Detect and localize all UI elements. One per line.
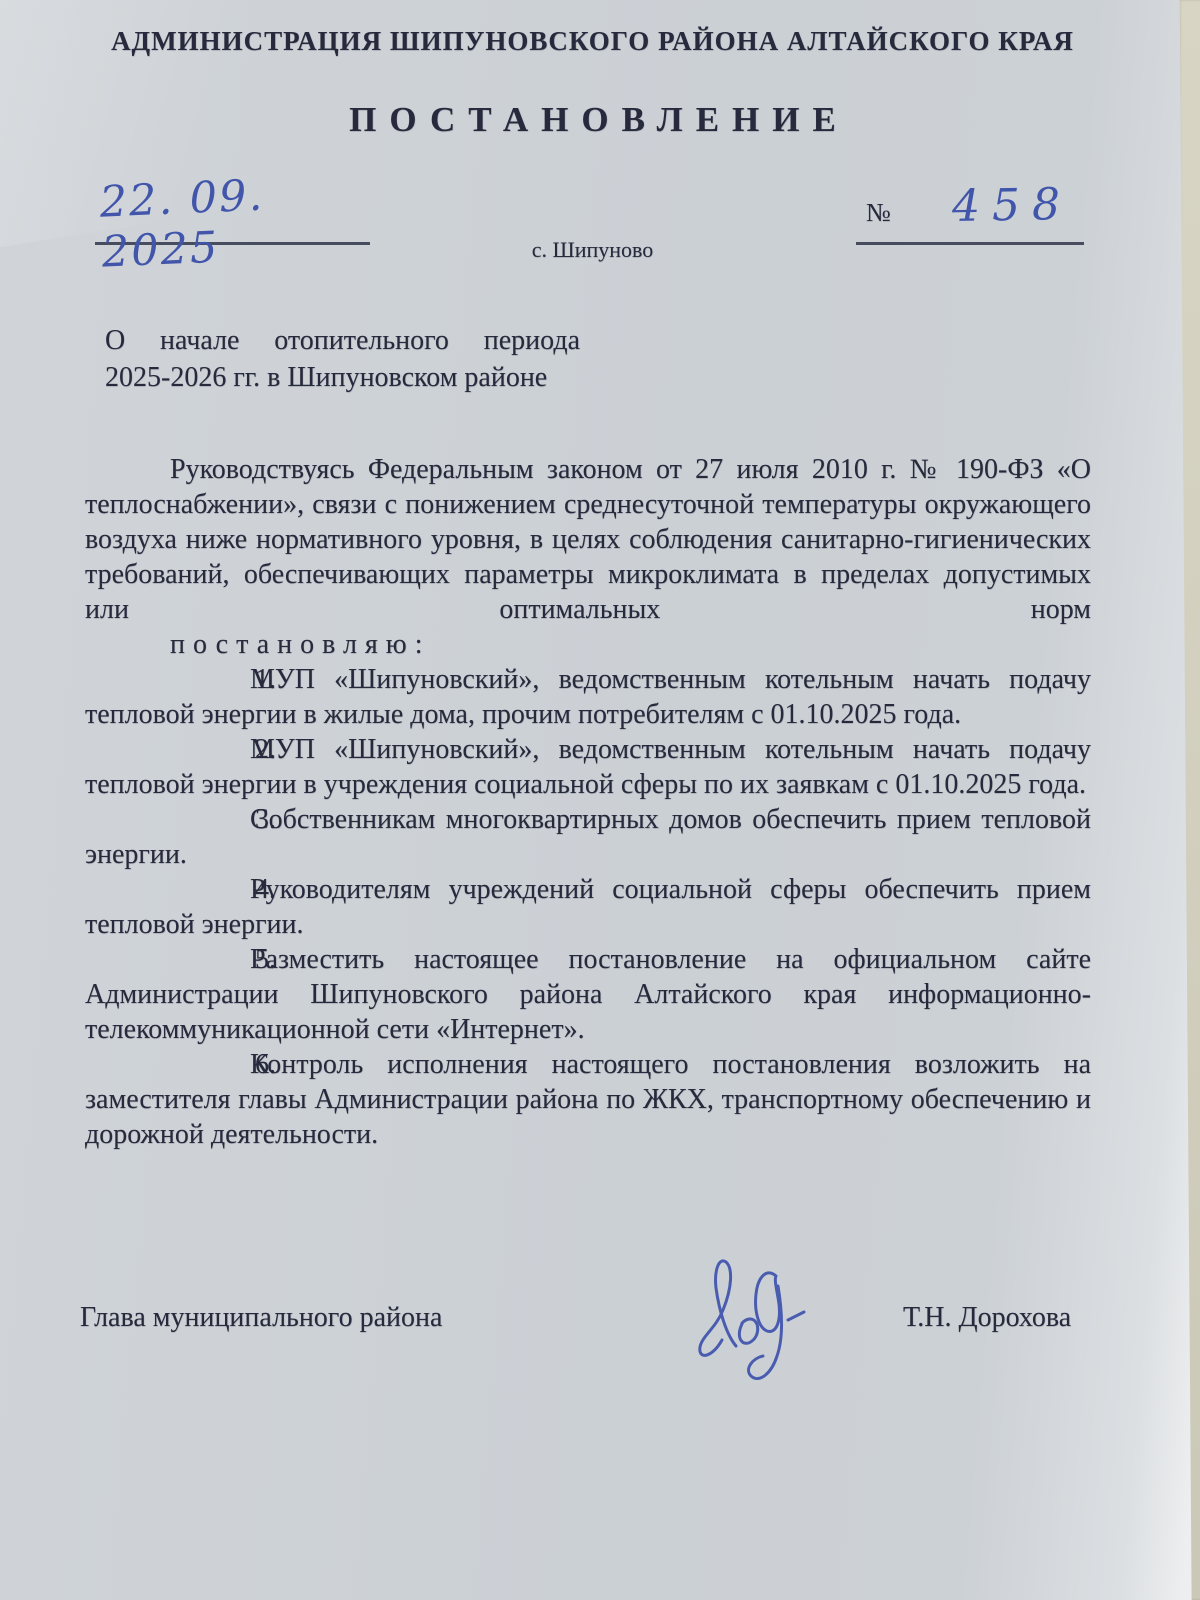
number-underline-rule xyxy=(856,242,1084,245)
item-number: 1. xyxy=(170,662,250,697)
scanned-document-page: АДМИНИСТРАЦИЯ ШИПУНОВСКОГО РАЙОНА АЛТАЙС… xyxy=(0,0,1200,1600)
number-sign: № xyxy=(866,198,891,228)
item-number: 2. xyxy=(170,732,250,767)
item-number: 5. xyxy=(170,942,250,977)
handwritten-document-number: 458 xyxy=(952,179,1073,232)
item-number: 6. xyxy=(170,1047,250,1082)
preamble-paragraph: Руководствуясь Федеральным законом от 27… xyxy=(85,452,1091,627)
resolve-word-text: постановляю: xyxy=(170,629,431,660)
subject-block: О начале отопительного периода 2025-2026… xyxy=(105,322,580,396)
ordered-item-5: 5.Разместить настоящее постановление на … xyxy=(85,942,1091,1047)
subject-line-2: 2025-2026 гг. в Шипуновском районе xyxy=(105,359,580,396)
signature-ink xyxy=(688,1248,810,1386)
ordered-item-2: 2.МУП «Шипуновский», ведомственным котел… xyxy=(85,732,1091,802)
document-type-title: ПОСТАНОВЛЕНИЕ xyxy=(0,100,1185,140)
item-number: 3. xyxy=(170,802,250,837)
date-underline-rule: 22. 09. 2025 xyxy=(95,178,370,245)
ordered-item-4: 4.Руководителям учреждений социальной сф… xyxy=(85,872,1091,942)
preamble-text: Руководствуясь Федеральным законом от 27… xyxy=(85,454,1091,625)
organization-name: АДМИНИСТРАЦИЯ ШИПУНОВСКОГО РАЙОНА АЛТАЙС… xyxy=(0,26,1185,57)
signer-position-title: Глава муниципального района xyxy=(80,1302,442,1334)
ordered-item-1: 1.МУП «Шипуновский», ведомственным котел… xyxy=(85,662,1091,732)
document-body: Руководствуясь Федеральным законом от 27… xyxy=(85,452,1091,1152)
signer-name: Т.Н. Дорохова xyxy=(903,1302,1071,1334)
item-number: 4. xyxy=(170,872,250,907)
resolve-word: постановляю: xyxy=(85,627,1091,662)
place-label: с. Шипуново xyxy=(0,237,1185,263)
ordered-item-6: 6.Контроль исполнения настоящего постано… xyxy=(85,1047,1091,1152)
subject-line-1: О начале отопительного периода xyxy=(105,322,580,359)
ordered-item-3: 3.Собственникам многоквартирных домов об… xyxy=(85,802,1091,872)
